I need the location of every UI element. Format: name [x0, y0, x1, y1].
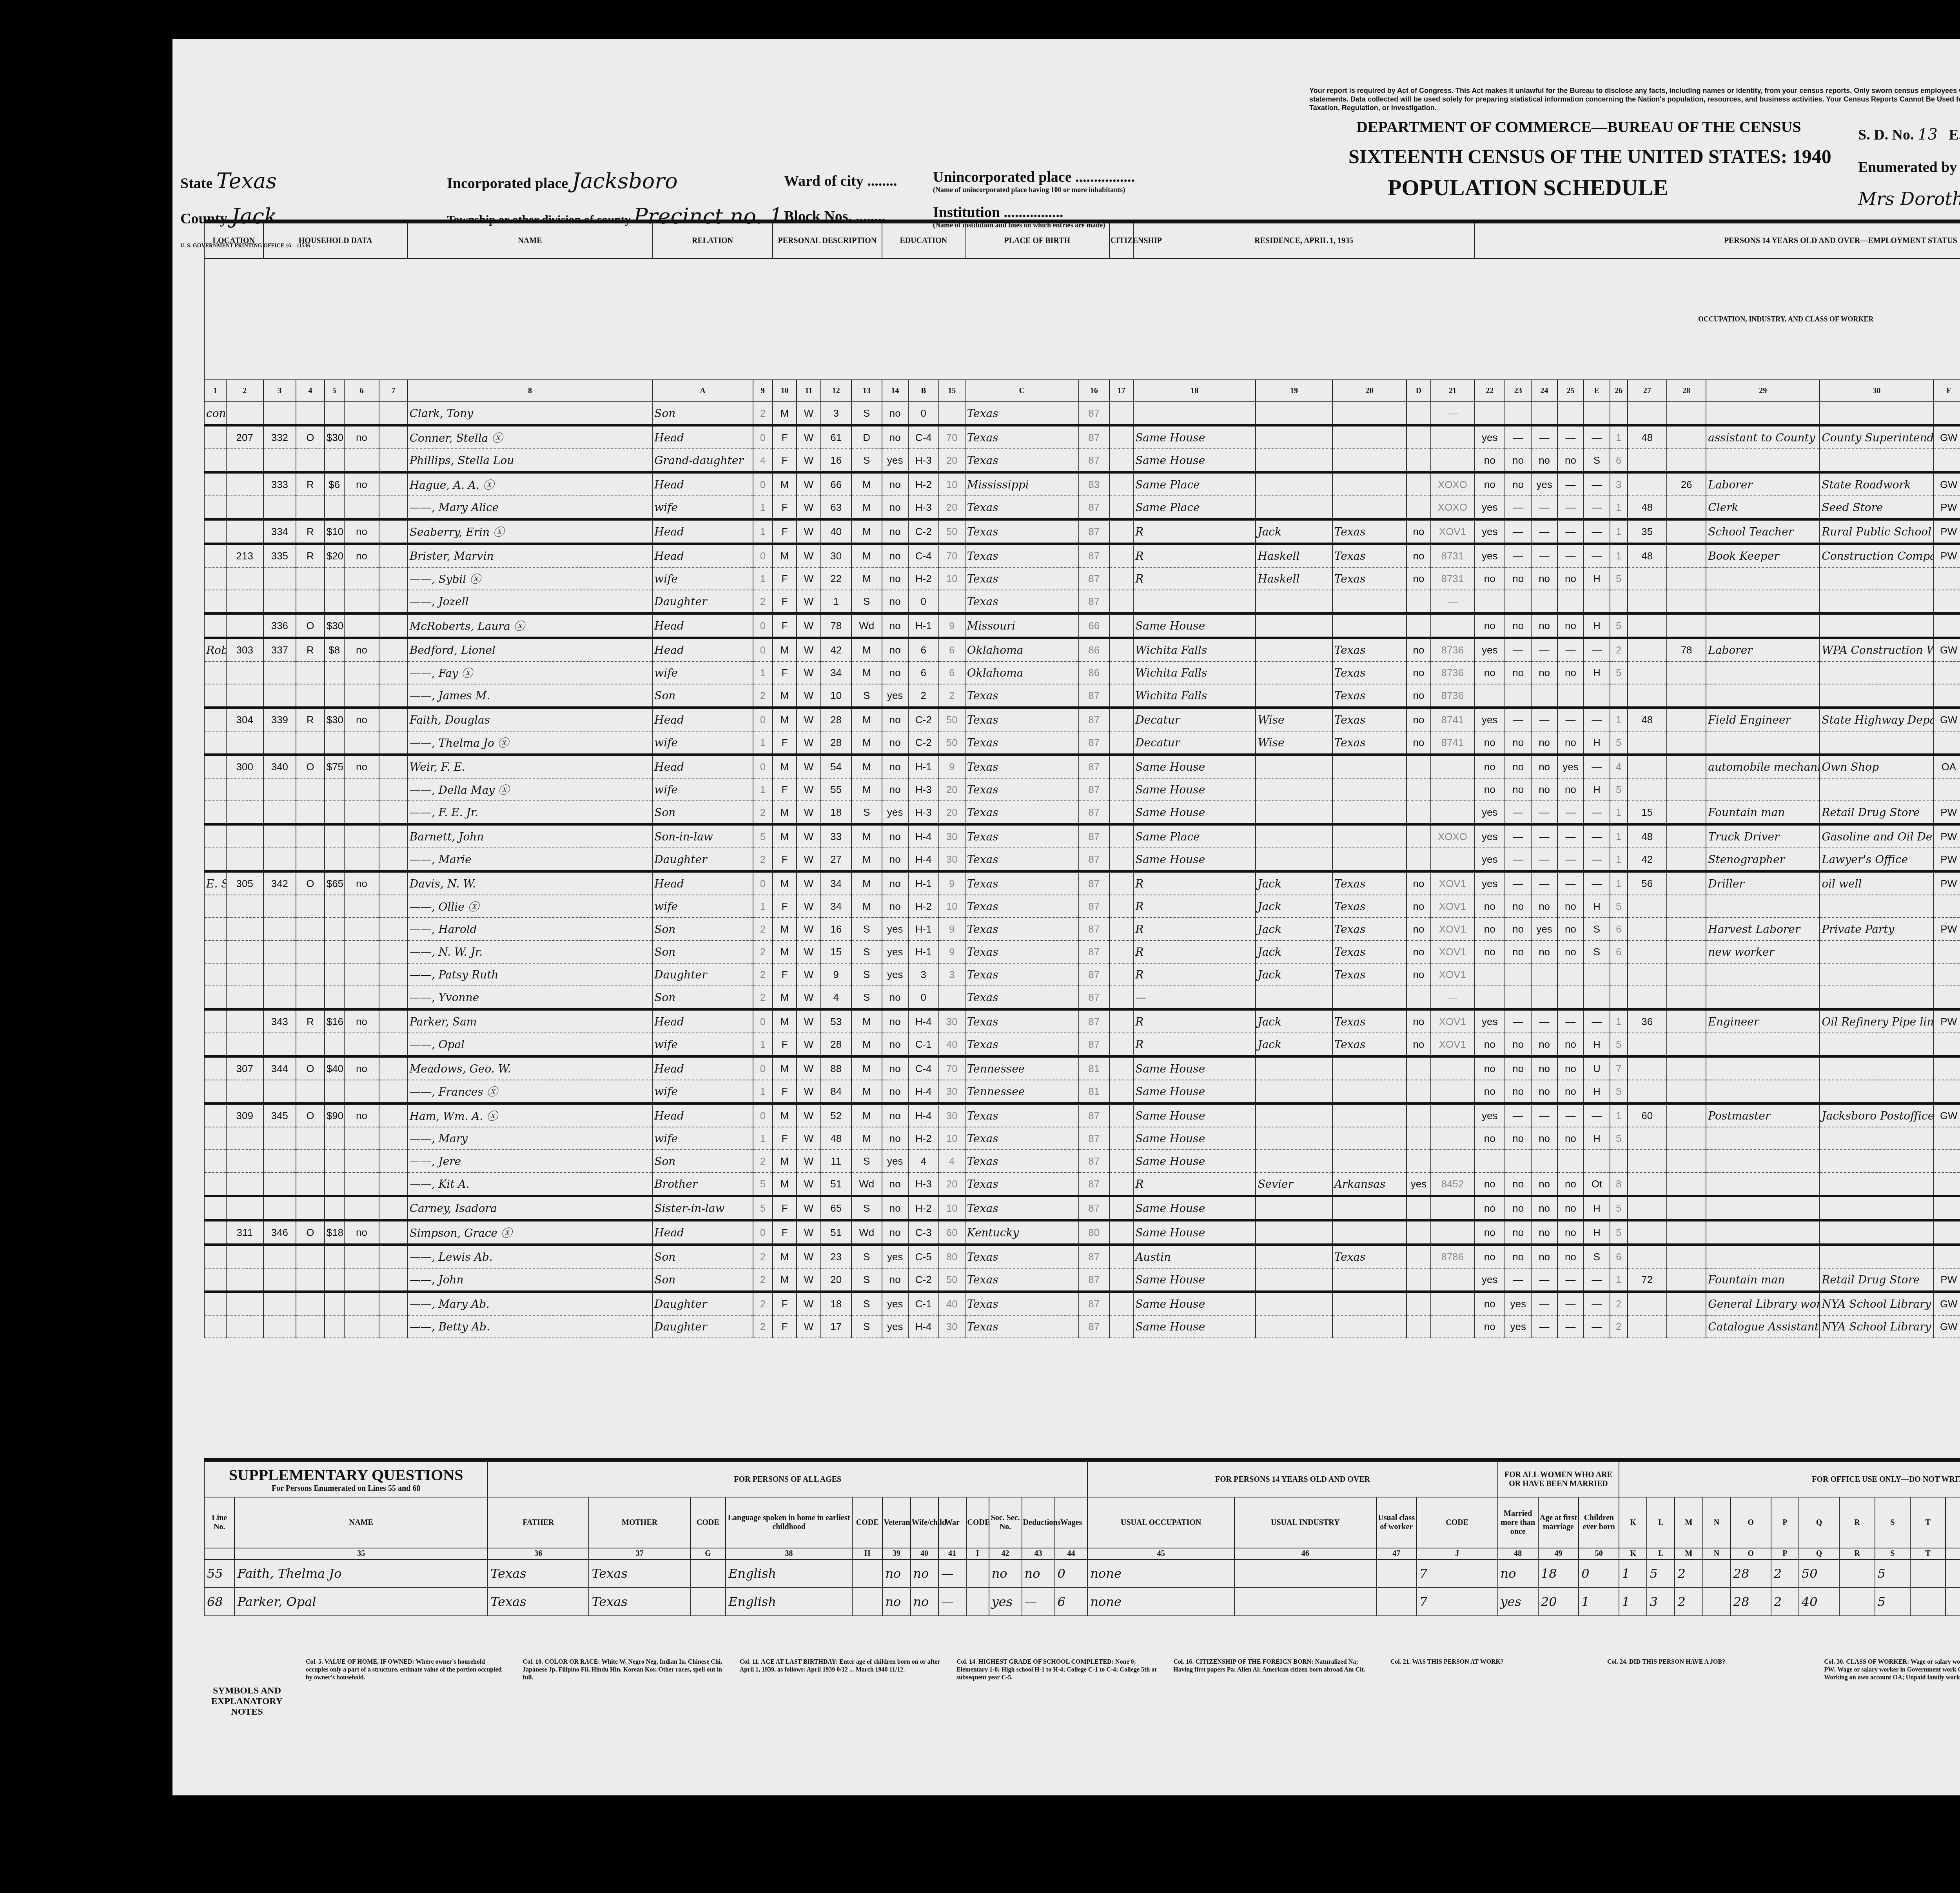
cell-fam: 335: [263, 544, 296, 567]
cell-w25: —: [1584, 1009, 1610, 1033]
cell-cls: GW: [1933, 1103, 1960, 1127]
cell-w22: [1505, 590, 1531, 613]
cell-ind: Private Party: [1820, 918, 1933, 940]
cell-w25: H: [1584, 895, 1610, 918]
cell-grade: C-1: [908, 1033, 939, 1056]
cell-w23: —: [1531, 544, 1557, 567]
cell-own: [296, 590, 324, 613]
cell-race: W: [797, 661, 820, 684]
cell-street: [204, 755, 226, 778]
cell-w23: no: [1531, 1172, 1557, 1196]
cell-ind: State Highway Department: [1820, 708, 1933, 731]
cell-house: 207: [226, 425, 263, 449]
cell-age: 52: [821, 1103, 851, 1127]
cell-d: 8731: [1431, 544, 1475, 567]
cell-a: 2: [753, 918, 773, 940]
cell-rel: Brother: [652, 1172, 753, 1196]
cell-a: 2: [753, 940, 773, 963]
cell-rstate: [1332, 613, 1407, 638]
cell-age: 28: [821, 731, 851, 755]
cell-street: [204, 1009, 226, 1033]
cell-w23: —: [1531, 1009, 1557, 1033]
supp-column-number: G: [690, 1548, 726, 1559]
cell-occ: Fountain man: [1706, 1268, 1820, 1292]
cell-res: Same House: [1133, 1103, 1256, 1127]
cell-e: 5: [1610, 661, 1628, 684]
table-row: E. Street305342O$650noDavis, N. W.Head0M…: [204, 871, 1960, 895]
cell-w23: [1531, 684, 1557, 708]
cell-rstate: [1332, 1103, 1407, 1127]
cell-grade: H-2: [908, 1196, 939, 1220]
cell-w25: [1584, 590, 1610, 613]
cell-county: [1256, 613, 1332, 638]
cell-rel: wife: [652, 1033, 753, 1056]
cell-hrs: 48: [1628, 824, 1667, 848]
header-education: EDUCATION: [882, 223, 965, 258]
cell-farm: no: [344, 638, 379, 661]
cell-hrs: [1628, 1127, 1667, 1150]
cell-cls: [1933, 567, 1960, 590]
cell-occ: [1706, 1127, 1820, 1150]
cell-e: 1: [1610, 871, 1628, 895]
cell-fam: 336: [263, 613, 296, 638]
cell-c: 87: [1079, 963, 1109, 986]
cell-hrs: [1628, 895, 1667, 918]
supp-cell-name: Faith, Thelma Jo: [234, 1559, 488, 1588]
cell-street: [204, 1103, 226, 1127]
cell-res: Same House: [1133, 1315, 1256, 1338]
cell-a: 0: [753, 472, 773, 496]
cell-street: [204, 801, 226, 824]
cell-w21: no: [1474, 895, 1505, 918]
cell-occ: Laborer: [1706, 472, 1820, 496]
cell-att: no: [882, 731, 908, 755]
cell-att: no: [882, 848, 908, 871]
supp-cell-n: [1703, 1559, 1731, 1588]
cell-rfarm: no: [1406, 871, 1430, 895]
cell-sex: M: [773, 708, 797, 731]
cell-sex: F: [773, 567, 797, 590]
cell-b: 20: [939, 496, 965, 519]
supp-column-number: O: [1731, 1548, 1771, 1559]
cell-fam: 333: [263, 472, 296, 496]
table-row: ——, Mary Ab.Daughter2FW18SyesC-140Texas8…: [204, 1292, 1960, 1315]
cell-w22: [1505, 402, 1531, 425]
state-label: State: [180, 175, 212, 192]
supp-header: NAME: [234, 1497, 488, 1548]
cell-fam: 339: [263, 708, 296, 731]
supp-cell-t: [1910, 1559, 1945, 1588]
cell-sex: M: [773, 544, 797, 567]
supp-column-number: P: [1771, 1548, 1799, 1559]
cell-rel: Daughter: [652, 963, 753, 986]
cell-cls: [1933, 986, 1960, 1009]
cell-county: Haskell: [1256, 567, 1332, 590]
cell-farm: [344, 895, 379, 918]
cell-age: 61: [821, 425, 851, 449]
cell-own: [296, 1150, 324, 1172]
cell-street: [204, 940, 226, 963]
cell-d: XOV1: [1431, 519, 1475, 544]
cell-c: 87: [1079, 918, 1109, 940]
cell-own: O: [296, 425, 324, 449]
cell-blank: [379, 449, 408, 472]
cell-grade: H-3: [908, 801, 939, 824]
cell-e: 2: [1610, 1315, 1628, 1338]
cell-grade: H-4: [908, 1103, 939, 1127]
cell-house: [226, 848, 263, 871]
note-col14: Col. 14. HIGHEST GRADE OF SCHOOL COMPLET…: [956, 1658, 1158, 1776]
cell-farm: [344, 590, 379, 613]
cell-e: 1: [1610, 801, 1628, 824]
cell-att: no: [882, 1033, 908, 1056]
cell-cit: [1109, 1196, 1133, 1220]
cell-grade: C-2: [908, 731, 939, 755]
cell-sex: F: [773, 1220, 797, 1245]
cell-rfarm: [1406, 848, 1430, 871]
cell-sex: M: [773, 472, 797, 496]
cell-cit: [1109, 1127, 1133, 1150]
table-row: 213335R$20noBrister, MarvinHead0MW30MnoC…: [204, 544, 1960, 567]
cell-w22: —: [1505, 1009, 1531, 1033]
cell-rel: wife: [652, 778, 753, 801]
cell-blank: [379, 613, 408, 638]
supp-column-number: J: [1417, 1548, 1498, 1559]
cell-cls: PW: [1933, 824, 1960, 848]
cell-birth: Texas: [965, 684, 1079, 708]
cell-rstate: Texas: [1332, 940, 1407, 963]
cell-hrs: 36: [1628, 1009, 1667, 1033]
cell-race: W: [797, 801, 820, 824]
cell-fam: [263, 1315, 296, 1338]
cell-name: ——, N. W. Jr.: [408, 940, 653, 963]
cell-sex: F: [773, 519, 797, 544]
cell-race: W: [797, 638, 820, 661]
cell-occ: [1706, 986, 1820, 1009]
cell-farm: no: [344, 1009, 379, 1033]
cell-ind: State Roadwork: [1820, 472, 1933, 496]
cell-cls: PW: [1933, 496, 1960, 519]
cell-w25: S: [1584, 940, 1610, 963]
column-number: 20: [1332, 380, 1407, 402]
cell-value: $6: [325, 472, 344, 496]
cell-w21: no: [1474, 1056, 1505, 1080]
cell-w21: [1474, 963, 1505, 986]
cell-dur: [1667, 801, 1706, 824]
cell-w25: —: [1584, 496, 1610, 519]
cell-rfarm: no: [1406, 544, 1430, 567]
cell-cls: PW: [1933, 1268, 1960, 1292]
cell-age: 30: [821, 544, 851, 567]
header-birth: PLACE OF BIRTH: [965, 223, 1109, 258]
cell-att: yes: [882, 1245, 908, 1268]
cell-value: [325, 895, 344, 918]
cell-d: [1431, 613, 1475, 638]
cell-farm: [344, 613, 379, 638]
cell-c: 87: [1079, 801, 1109, 824]
cell-a: 0: [753, 544, 773, 567]
cell-mar: S: [851, 1292, 882, 1315]
cell-res: R: [1133, 1033, 1256, 1056]
cell-dur: [1667, 613, 1706, 638]
cell-e: 7: [1610, 1056, 1628, 1080]
cell-mar: S: [851, 963, 882, 986]
cell-mar: S: [851, 449, 882, 472]
cell-cls: [1933, 402, 1960, 425]
cell-d: [1431, 1315, 1475, 1338]
table-row: ——, JohnSon2MW20SnoC-250Texas87Same Hous…: [204, 1268, 1960, 1292]
cell-race: W: [797, 871, 820, 895]
cell-mar: M: [851, 778, 882, 801]
table-row: ——, HaroldSon2MW16SyesH-19Texas87RJackTe…: [204, 918, 1960, 940]
cell-w21: yes: [1474, 425, 1505, 449]
cell-own: O: [296, 613, 324, 638]
supp-cell-r: [1839, 1588, 1875, 1616]
cell-occ: [1706, 1172, 1820, 1196]
cell-e: 1: [1610, 824, 1628, 848]
supp-title: SUPPLEMENTARY QUESTIONS: [205, 1466, 486, 1484]
cell-ind: [1820, 1127, 1933, 1150]
cell-value: $20: [325, 544, 344, 567]
cell-value: [325, 1245, 344, 1268]
cell-a: 2: [753, 986, 773, 1009]
cell-b: 10: [939, 472, 965, 496]
cell-w22: [1505, 684, 1531, 708]
cell-w21: [1474, 1150, 1505, 1172]
cell-value: [325, 567, 344, 590]
header-location: LOCATION: [204, 223, 263, 258]
cell-farm: [344, 918, 379, 940]
cell-mar: S: [851, 1315, 882, 1338]
supp-office-header: FOR OFFICE USE ONLY—DO NOT WRITE IN THES…: [1619, 1462, 1960, 1497]
cell-house: [226, 590, 263, 613]
cell-value: [325, 1080, 344, 1103]
cell-race: W: [797, 708, 820, 731]
cell-cit: [1109, 613, 1133, 638]
cell-value: [325, 1196, 344, 1220]
cell-res: Wichita Falls: [1133, 684, 1256, 708]
cell-a: 2: [753, 402, 773, 425]
table-row: ——, JozellDaughter2FW1Sno0Texas87—49: [204, 590, 1960, 613]
cell-name: ——, Jere: [408, 1150, 653, 1172]
cell-att: no: [882, 778, 908, 801]
cell-hrs: [1628, 1196, 1667, 1220]
cell-hrs: [1628, 1056, 1667, 1080]
cell-name: ——, Betty Ab.: [408, 1315, 653, 1338]
cell-rel: wife: [652, 895, 753, 918]
cell-county: [1256, 661, 1332, 684]
cell-name: Clark, Tony: [408, 402, 653, 425]
cell-cit: [1109, 425, 1133, 449]
cell-c: 66: [1079, 613, 1109, 638]
cell-farm: [344, 848, 379, 871]
cell-b: 40: [939, 1033, 965, 1056]
cell-d: XOV1: [1431, 963, 1475, 986]
cell-mar: D: [851, 425, 882, 449]
cell-street: [204, 731, 226, 755]
cell-att: no: [882, 1080, 908, 1103]
cell-ind: [1820, 963, 1933, 986]
cell-own: [296, 661, 324, 684]
cell-blank: [379, 778, 408, 801]
cell-fam: [263, 1127, 296, 1150]
cell-grade: H-2: [908, 895, 939, 918]
cell-fam: [263, 449, 296, 472]
cell-hrs: 72: [1628, 1268, 1667, 1292]
cell-sex: F: [773, 778, 797, 801]
cell-w25: —: [1584, 801, 1610, 824]
supp-header: O: [1731, 1497, 1771, 1548]
cell-w23: —: [1531, 708, 1557, 731]
cell-rfarm: no: [1406, 1033, 1430, 1056]
cell-w24: no: [1557, 661, 1584, 684]
cell-hrs: [1628, 1172, 1667, 1196]
cell-hrs: [1628, 778, 1667, 801]
cell-mar: M: [851, 708, 882, 731]
cell-own: [296, 684, 324, 708]
cell-value: [325, 684, 344, 708]
cell-c: 87: [1079, 1009, 1109, 1033]
cell-hrs: [1628, 1245, 1667, 1268]
cell-dur: [1667, 1103, 1706, 1127]
cell-street: [204, 613, 226, 638]
cell-mar: M: [851, 567, 882, 590]
cell-rel: Head: [652, 871, 753, 895]
supp-column-number: [204, 1548, 234, 1559]
supp-column-number: Q: [1799, 1548, 1839, 1559]
cell-race: W: [797, 778, 820, 801]
cell-fam: [263, 848, 296, 871]
unincorporated-field: Unincorporated place ................ (N…: [933, 169, 1135, 194]
cell-grade: H-3: [908, 496, 939, 519]
cell-blank: [379, 871, 408, 895]
supp-cell-u: [1945, 1588, 1960, 1616]
cell-fam: [263, 590, 296, 613]
supp-header: Wife/child: [911, 1497, 938, 1548]
cell-house: [226, 1127, 263, 1150]
cell-rfarm: [1406, 496, 1430, 519]
cell-race: W: [797, 918, 820, 940]
cell-grade: 3: [908, 963, 939, 986]
supp-column-number: 50: [1579, 1548, 1619, 1559]
cell-cit: [1109, 801, 1133, 824]
cell-a: 0: [753, 1220, 773, 1245]
cell-b: [939, 986, 965, 1009]
cell-d: XOV1: [1431, 940, 1475, 963]
cell-street: [204, 425, 226, 449]
cell-w25: H: [1584, 1080, 1610, 1103]
cell-county: [1256, 1056, 1332, 1080]
cell-rstate: Arkansas: [1332, 1172, 1407, 1196]
cell-ind: NYA School Library work: [1820, 1315, 1933, 1338]
cell-mar: S: [851, 918, 882, 940]
cell-house: [226, 1080, 263, 1103]
cell-b: 9: [939, 940, 965, 963]
cell-cit: [1109, 731, 1133, 755]
cell-house: [226, 613, 263, 638]
cell-a: 1: [753, 1127, 773, 1150]
cell-w23: no: [1531, 1196, 1557, 1220]
cell-house: [226, 895, 263, 918]
supp-column-number: T: [1910, 1548, 1945, 1559]
cell-county: [1256, 1245, 1332, 1268]
cell-birth: Texas: [965, 778, 1079, 801]
supp-cell-age1: 20: [1538, 1588, 1579, 1616]
cell-dur: [1667, 544, 1706, 567]
cell-w24: no: [1557, 918, 1584, 940]
cell-grade: H-1: [908, 940, 939, 963]
cell-county: Jack: [1256, 519, 1332, 544]
supp-column-number: 40: [911, 1548, 938, 1559]
cell-own: [296, 940, 324, 963]
cell-dur: [1667, 755, 1706, 778]
cell-rfarm: [1406, 1220, 1430, 1245]
cell-own: [296, 1080, 324, 1103]
cell-cit: [1109, 1033, 1133, 1056]
cell-w22: —: [1505, 824, 1531, 848]
cell-res: Same House: [1133, 1220, 1256, 1245]
cell-hrs: [1628, 918, 1667, 940]
cell-w25: —: [1584, 824, 1610, 848]
cell-d: [1431, 449, 1475, 472]
cell-w23: no: [1531, 731, 1557, 755]
cell-house: 304: [226, 708, 263, 731]
cell-w24: no: [1557, 731, 1584, 755]
table-row: 307344O$400noMeadows, Geo. W.Head0MW88Mn…: [204, 1056, 1960, 1080]
cell-rel: wife: [652, 1127, 753, 1150]
cell-rel: Son: [652, 801, 753, 824]
cell-name: Davis, N. W.: [408, 871, 653, 895]
table-row: ——, Opalwife1FW28MnoC-140Texas87RJackTex…: [204, 1033, 1960, 1056]
cell-e: [1610, 402, 1628, 425]
cell-rel: Head: [652, 1103, 753, 1127]
cell-mar: M: [851, 638, 882, 661]
supp-all-ages-header: FOR PERSONS OF ALL AGES: [488, 1462, 1087, 1497]
cell-street: [204, 708, 226, 731]
cell-b: 9: [939, 871, 965, 895]
table-row: ——, F. E. Jr.Son2MW18SyesH-320Texas87Sam…: [204, 801, 1960, 824]
cell-mar: M: [851, 519, 882, 544]
cell-b: 9: [939, 755, 965, 778]
cell-mar: M: [851, 1080, 882, 1103]
cell-race: W: [797, 402, 820, 425]
cell-sex: M: [773, 1245, 797, 1268]
cell-cit: [1109, 472, 1133, 496]
cell-ind: [1820, 1220, 1933, 1245]
cell-rel: wife: [652, 731, 753, 755]
table-row: ——, N. W. Jr.Son2MW15SyesH-19Texas87RJac…: [204, 940, 1960, 963]
cell-rstate: Texas: [1332, 638, 1407, 661]
cell-rfarm: [1406, 425, 1430, 449]
cell-dur: [1667, 684, 1706, 708]
supp-cell-cls: [1376, 1559, 1417, 1588]
cell-county: Haskell: [1256, 544, 1332, 567]
cell-w21: yes: [1474, 496, 1505, 519]
cell-cit: [1109, 1150, 1133, 1172]
cell-w21: no: [1474, 1245, 1505, 1268]
cell-fam: 346: [263, 1220, 296, 1245]
supp-column-number: I: [966, 1548, 989, 1559]
cell-own: [296, 496, 324, 519]
cell-w25: —: [1584, 1103, 1610, 1127]
supp-cell-ded: —: [1022, 1588, 1055, 1616]
cell-w22: no: [1505, 1080, 1531, 1103]
table-row: ——, Frances ⓧwife1FW84MnoH-430Tennessee8…: [204, 1080, 1960, 1103]
cell-hrs: [1628, 731, 1667, 755]
cell-mar: M: [851, 472, 882, 496]
cell-w23: —: [1531, 496, 1557, 519]
cell-county: Wise: [1256, 708, 1332, 731]
